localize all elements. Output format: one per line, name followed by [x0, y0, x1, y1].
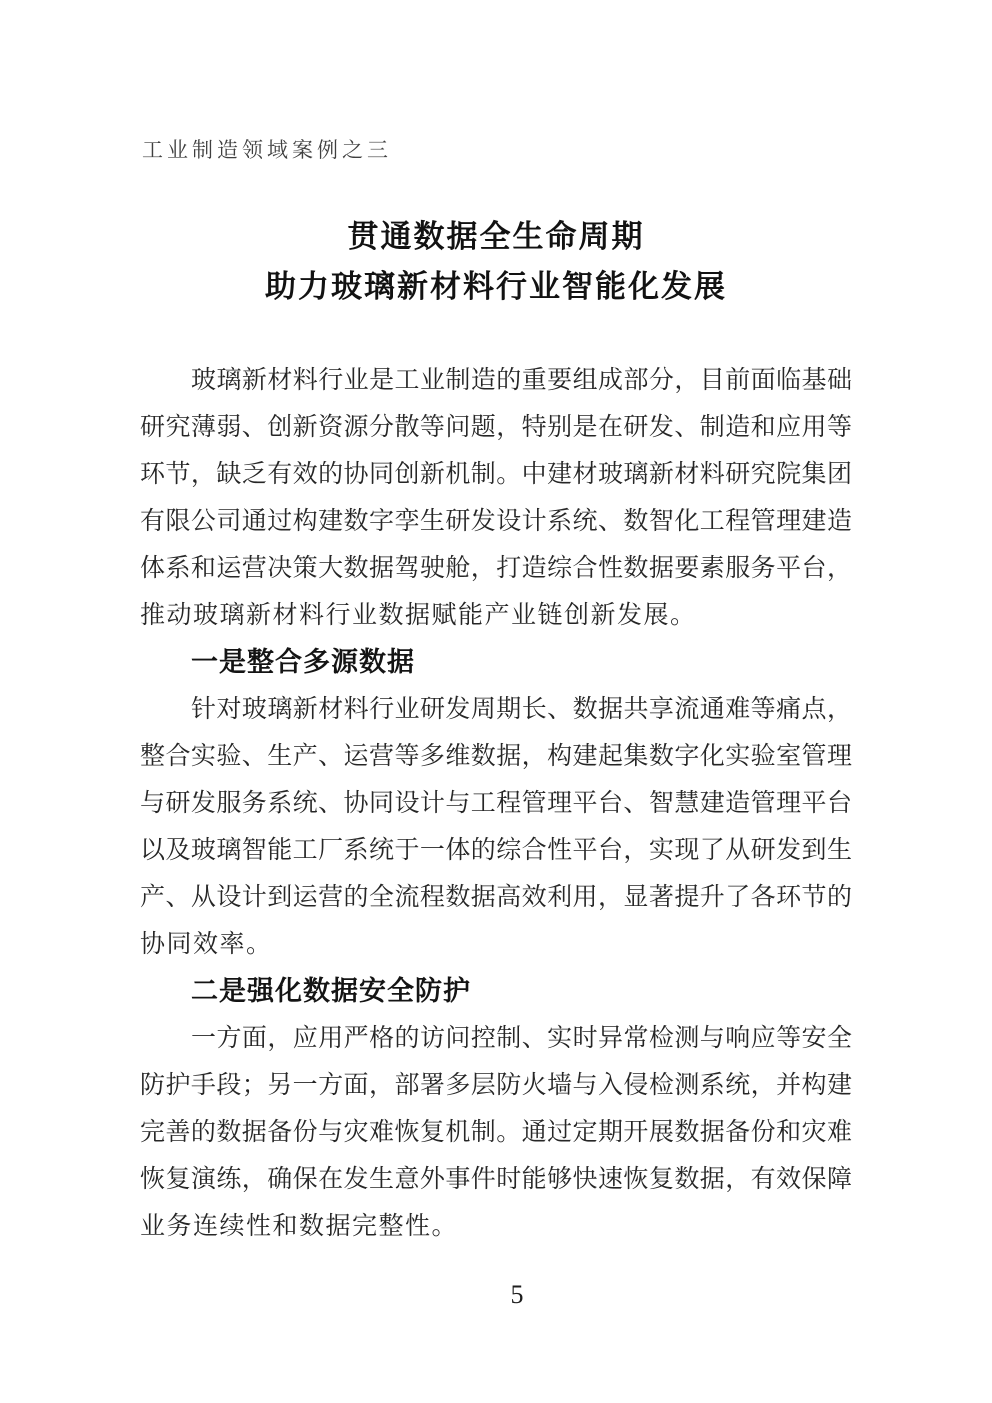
document-page: 工业制造领域案例之三 贯通数据全生命周期 助力玻璃新材料行业智能化发展 玻璃新材…: [0, 0, 992, 1403]
text-line: 推动玻璃新材料行业数据赋能产业链创新发展。: [140, 592, 852, 639]
text-line: 针对玻璃新材料行业研发周期长、数据共享流通难等痛点，: [140, 686, 852, 733]
text-line: 一方面，应用严格的访问控制、实时异常检测与响应等安全: [140, 1015, 852, 1062]
doc-title-line-1: 贯通数据全生命周期: [0, 212, 992, 262]
text-line: 与研发服务系统、协同设计与工程管理平台、智慧建造管理平台: [140, 780, 852, 827]
page-number: 5: [0, 1280, 992, 1310]
doc-title: 贯通数据全生命周期 助力玻璃新材料行业智能化发展: [0, 212, 992, 312]
paragraph-1: 玻璃新材料行业是工业制造的重要组成部分，目前面临基础 研究薄弱、创新资源分散等问…: [140, 357, 852, 639]
paragraph-3: 一方面，应用严格的访问控制、实时异常检测与响应等安全 防护手段；另一方面，部署多…: [140, 1015, 852, 1250]
paragraph-2: 针对玻璃新材料行业研发周期长、数据共享流通难等痛点， 整合实验、生产、运营等多维…: [140, 686, 852, 968]
text-line: 研究薄弱、创新资源分散等问题，特别是在研发、制造和应用等: [140, 404, 852, 451]
doc-body: 玻璃新材料行业是工业制造的重要组成部分，目前面临基础 研究薄弱、创新资源分散等问…: [140, 357, 852, 1250]
text-line: 体系和运营决策大数据驾驶舱，打造综合性数据要素服务平台，: [140, 545, 852, 592]
text-line: 环节，缺乏有效的协同创新机制。中建材玻璃新材料研究院集团: [140, 451, 852, 498]
text-line: 业务连续性和数据完整性。: [140, 1203, 852, 1250]
text-line: 协同效率。: [140, 921, 852, 968]
text-line: 整合实验、生产、运营等多维数据，构建起集数字化实验室管理: [140, 733, 852, 780]
text-line: 玻璃新材料行业是工业制造的重要组成部分，目前面临基础: [140, 357, 852, 404]
section-heading-1: 一是整合多源数据: [140, 639, 852, 686]
text-line: 完善的数据备份与灾难恢复机制。通过定期开展数据备份和灾难: [140, 1109, 852, 1156]
text-line: 产、从设计到运营的全流程数据高效利用，显著提升了各环节的: [140, 874, 852, 921]
doc-category-label: 工业制造领域案例之三: [142, 134, 392, 164]
doc-title-line-2: 助力玻璃新材料行业智能化发展: [0, 262, 992, 312]
text-line: 有限公司通过构建数字孪生研发设计系统、数智化工程管理建造: [140, 498, 852, 545]
text-line: 以及玻璃智能工厂系统于一体的综合性平台，实现了从研发到生: [140, 827, 852, 874]
text-line: 防护手段；另一方面，部署多层防火墙与入侵检测系统，并构建: [140, 1062, 852, 1109]
section-heading-2: 二是强化数据安全防护: [140, 968, 852, 1015]
text-line: 恢复演练，确保在发生意外事件时能够快速恢复数据，有效保障: [140, 1156, 852, 1203]
